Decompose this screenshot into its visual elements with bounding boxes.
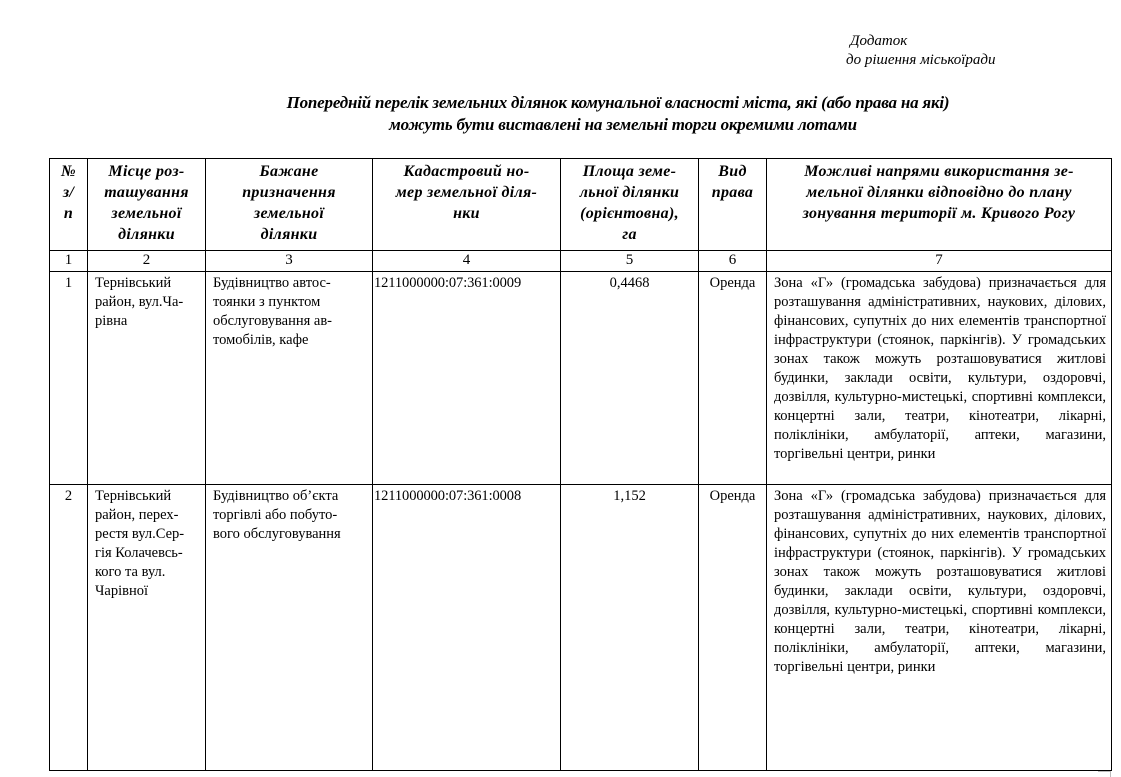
header-possible-use: Можливі напрями використання зе- мельної… [767, 159, 1112, 251]
column-number: 5 [561, 251, 699, 272]
table-header-row: № з/ п Місце роз- ташування земельної ді… [50, 159, 1112, 251]
header-right-type: Вид права [699, 159, 767, 251]
column-number: 7 [767, 251, 1112, 272]
header-location: Місце роз- ташування земельної ділянки [88, 159, 206, 251]
possible-use-cell: Зона «Г» (громадська забудова) призначає… [767, 272, 1112, 485]
area-cell: 0,4468 [561, 272, 699, 485]
column-number: 3 [206, 251, 373, 272]
title-line-2: можуть бути виставлені на земельні торги… [0, 114, 1121, 136]
column-number: 1 [50, 251, 88, 272]
annex-label: Додаток [846, 32, 996, 51]
annex-note: Додаток до рішення міськоїради [846, 32, 996, 70]
possible-use-cell: Зона «Г» (громадська забудова) призначає… [767, 485, 1112, 771]
header-number: № з/ п [50, 159, 88, 251]
cadastral-number-cell: 1211000000:07:361:0008 [373, 485, 561, 771]
purpose-cell: Будівництво автос- тоянки з пунктом обсл… [206, 272, 373, 485]
header-cadastral-number: Кадастровий но- мер земельної діля- нки [373, 159, 561, 251]
column-number: 6 [699, 251, 767, 272]
table-row: 1 Тернівський район, вул.Ча- рівна Будів… [50, 272, 1112, 485]
purpose-cell: Будівництво об’єкта торгівлі або побуто-… [206, 485, 373, 771]
header-area: Площа земе- льної ділянки (орієнтовна), … [561, 159, 699, 251]
row-number: 1 [50, 272, 88, 485]
column-number: 2 [88, 251, 206, 272]
area-cell: 1,152 [561, 485, 699, 771]
page-corner-mark [1098, 771, 1111, 777]
document-title: Попередній перелік земельних ділянок ком… [0, 92, 1121, 136]
annex-reference: до рішення міськоїради [846, 51, 996, 70]
title-line-1: Попередній перелік земельних ділянок ком… [0, 92, 1121, 114]
header-purpose: Бажане призначення земельної ділянки [206, 159, 373, 251]
row-number: 2 [50, 485, 88, 771]
land-plots-table: № з/ п Місце роз- ташування земельної ді… [49, 158, 1112, 771]
cadastral-number-cell: 1211000000:07:361:0009 [373, 272, 561, 485]
location-cell: Тернівський район, вул.Ча- рівна [88, 272, 206, 485]
table-row: 2 Тернівський район, перех- рестя вул.Се… [50, 485, 1112, 771]
right-type-cell: Оренда [699, 272, 767, 485]
column-number-row: 1 2 3 4 5 6 7 [50, 251, 1112, 272]
column-number: 4 [373, 251, 561, 272]
location-cell: Тернівський район, перех- рестя вул.Сер-… [88, 485, 206, 771]
right-type-cell: Оренда [699, 485, 767, 771]
